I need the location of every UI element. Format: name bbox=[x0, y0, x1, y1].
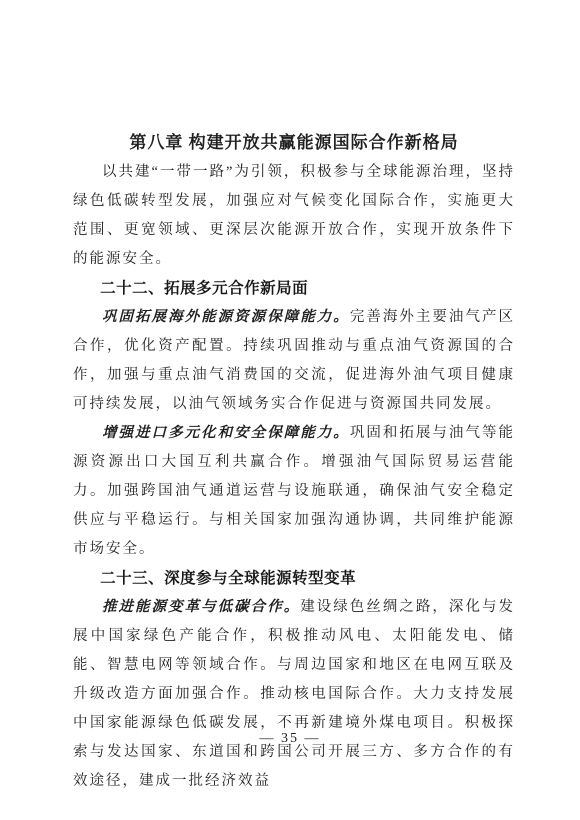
section-heading-23: 二十三、深度参与全球能源转型变革 bbox=[73, 564, 515, 593]
paragraph: 推进能源变革与低碳合作。建设绿色丝绸之路，深化与发展中国家绿色产能合作，积极推动… bbox=[73, 593, 515, 796]
paragraph: 增强进口多元化和安全保障能力。巩固和拓展与油气等能源资源出口大国互利共赢合作。增… bbox=[73, 419, 515, 564]
paragraph-text: 巩固和拓展与油气等能源资源出口大国互利共赢合作。增强油气国际贸易运营能力。加强跨… bbox=[73, 425, 515, 557]
document-page: 第八章 构建开放共赢能源国际合作新格局 以共建“一带一路”为引领，积极参与全球能… bbox=[0, 0, 580, 820]
page-content: 第八章 构建开放共赢能源国际合作新格局 以共建“一带一路”为引领，积极参与全球能… bbox=[73, 128, 515, 796]
paragraph-lead: 巩固拓展海外能源资源保障能力。 bbox=[102, 309, 350, 325]
intro-paragraph-text: 以共建“一带一路”为引领，积极参与全球能源治理，坚持绿色低碳转型发展，加强应对气… bbox=[73, 164, 515, 267]
section-heading-22: 二十二、拓展多元合作新局面 bbox=[73, 274, 515, 303]
paragraph: 巩固拓展海外能源资源保障能力。完善海外主要油气产区合作，优化资产配置。持续巩固推… bbox=[73, 303, 515, 419]
chapter-title: 第八章 构建开放共赢能源国际合作新格局 bbox=[73, 128, 515, 158]
paragraph-text: 建设绿色丝绸之路，深化与发展中国家绿色产能合作，积极推动风电、太阳能发电、储能、… bbox=[73, 599, 515, 789]
intro-paragraph: 以共建“一带一路”为引领，积极参与全球能源治理，坚持绿色低碳转型发展，加强应对气… bbox=[73, 158, 515, 274]
page-number: — 35 — bbox=[0, 729, 580, 749]
paragraph-lead: 增强进口多元化和安全保障能力。 bbox=[102, 425, 350, 441]
paragraph-lead: 推进能源变革与低碳合作。 bbox=[102, 599, 300, 615]
